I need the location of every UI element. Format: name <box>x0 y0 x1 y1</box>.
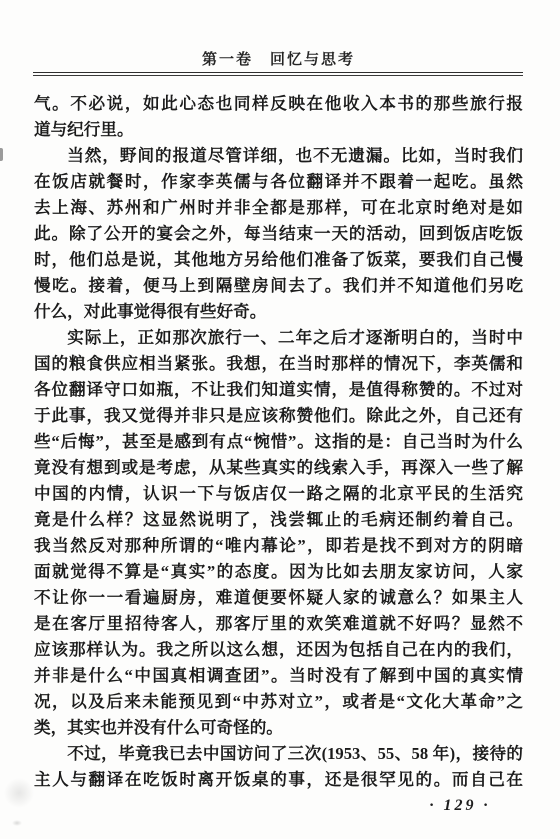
text-line-p3-l7: 中国的内情，认识一下与饭店仅一路之隔的北京平民的生活究 <box>34 481 523 507</box>
page-number: · 129 · <box>400 797 520 815</box>
text-line-p3-l16: 类，其实也并没有什么可奇怪的。 <box>34 715 523 741</box>
scan-edge-artifact <box>0 148 3 161</box>
text-line-p3-l9: 我当然反对那种所谓的“唯内幕论”，即若是找不到对方的阴暗 <box>34 533 523 559</box>
text-line-p2-l3: 去上海、苏州和广州时并非全都是那样，可在北京时绝对是如 <box>34 195 523 221</box>
text-line-p1-l2: 道与纪行里。 <box>34 117 523 143</box>
text-line-p2-l6: 慢吃。接着，便马上到隔壁房间去了。我们并不知道他们另吃 <box>34 273 523 299</box>
text-line-p2-l5: 时，他们总是说，其他地方另给他们准备了饭菜，要我们自己慢 <box>34 247 523 273</box>
running-header: 第一卷 回忆与思考 <box>34 48 523 69</box>
text-line-p3-l8: 竟是什么样？这显然说明了，浅尝辄止的毛病还制约着自己。 <box>34 507 523 533</box>
text-line-p2-l2: 在饭店就餐时，作家李英儒与各位翻译并不跟着一起吃。虽然 <box>34 169 523 195</box>
text-line-p3-l3: 各位翻译守口如瓶，不让我们知道实情，是值得称赞的。不过对 <box>34 377 523 403</box>
text-line-p3-l15: 况，以及后来未能预见到“中苏对立”，或者是“文化大革命”之 <box>34 689 523 715</box>
text-line-p3-l1: 实际上，正如那次旅行一、二年之后才逐渐明白的，当时中 <box>34 325 523 351</box>
text-line-p1-l1: 气。不必说，如此心态也同样反映在他收入本书的那些旅行报 <box>34 91 523 117</box>
text-line-p3-l5: 些“后悔”，甚至是感到有点“惋惜”。这指的是：自己当时为什么 <box>34 429 523 455</box>
text-line-p4-l1: 不过，毕竟我已去中国访问了三次(1953、55、58 年)，接待的 <box>34 741 523 767</box>
text-line-p3-l14: 并非是什么“中国真相调查团”。当时没有了解到中国的真实情 <box>34 663 523 689</box>
text-line-p3-l4: 于此事，我又觉得并非只是应该称赞他们。除此之外，自己还有 <box>34 403 523 429</box>
text-line-p3-l2: 国的粮食供应相当紧张。我想，在当时那样的情况下，李英儒和 <box>34 351 523 377</box>
text-line-p3-l11: 不让你一一看遍厨房，难道便要怀疑人家的诚意么？如果主人 <box>34 585 523 611</box>
text-line-p2-l1: 当然，野间的报道尽管详细，也不无遗漏。比如，当时我们 <box>34 143 523 169</box>
scan-smudge <box>12 820 22 826</box>
text-line-p4-l2: 主人与翻译在吃饭时离开饭桌的事，还是很罕见的。而自己在 <box>34 767 523 793</box>
text-line-p3-l10: 面就觉得不算是“真实”的态度。因为比如去朋友家访问，人家 <box>34 559 523 585</box>
text-line-p3-l13: 应该那样认为。我之所以这么想，还因为包括自己在内的我们， <box>34 637 523 663</box>
header-rule <box>33 72 523 76</box>
text-line-p3-l6: 竟没有想到或是考虑，从某些真实的线索入手，再深入一些了解 <box>34 455 523 481</box>
page-body-text: 气。不必说，如此心态也同样反映在他收入本书的那些旅行报道与纪行里。当然，野间的报… <box>34 91 523 793</box>
text-line-p2-l4: 此。除了公开的宴会之外，每当结束一天的活动，回到饭店吃饭 <box>34 221 523 247</box>
scan-smudge <box>4 778 34 808</box>
text-line-p3-l12: 是在客厅里招待客人，那客厅里的欢笑难道就不好吗？显然不 <box>34 611 523 637</box>
book-page: 第一卷 回忆与思考 气。不必说，如此心态也同样反映在他收入本书的那些旅行报道与纪… <box>0 0 560 839</box>
text-line-p2-l7: 什么，对此事觉得很有些好奇。 <box>34 299 523 325</box>
